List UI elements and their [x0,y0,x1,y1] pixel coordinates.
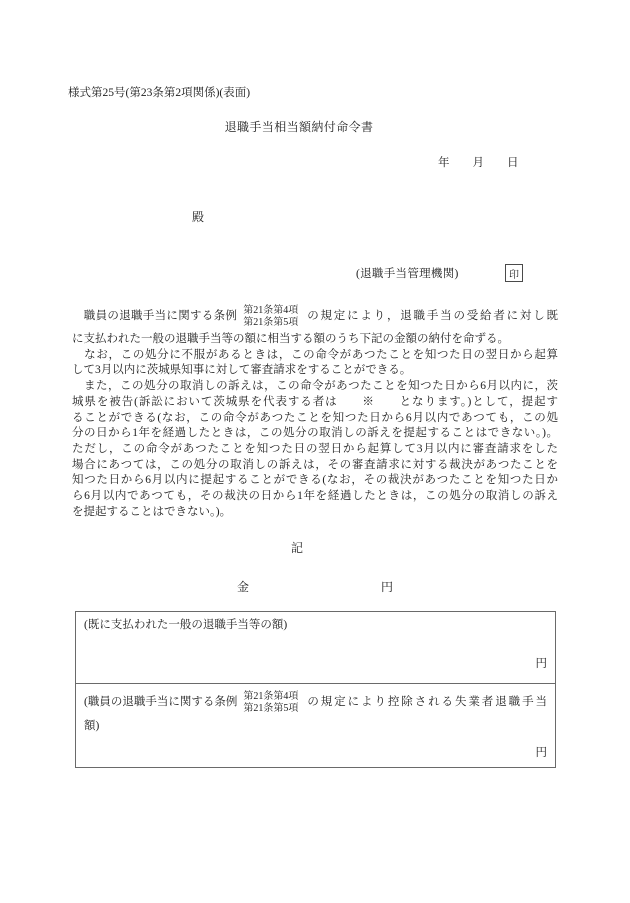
table-row-deducted-allowance: (職員の退職手当に関する条例 第21条第4項 第21条第5項 の規定により控除さ… [76,684,555,767]
body-line: 城県を被告(訴訟において茨城県を代表する者は ※ となります。)として，提起す [72,395,558,411]
body-line: ら6月以内であつても，その裁決の日から1年を経過したときは，この処分の取消しの訴… [72,489,558,505]
body-line: なお，この処分に不服があるときは，この命令があつたことを知つた日の翌日から起算 [72,348,558,364]
amount-line: 金 円 [72,578,558,594]
body-line: 場合にあつては，この処分の取消しの訴えは，その審査請求に対する裁決があつたことを [72,458,558,474]
deduction-label-pre: (職員の退職手当に関する条例 [84,695,237,711]
clause-stack: 第21条第4項 第21条第5項 [243,305,298,330]
clause-stack-bottom: 第21条第5項 [243,317,298,330]
date-line: 年 月 日 [438,154,519,170]
page-title: 退職手当相当額納付命令書 [0,118,598,135]
form-number: 様式第25号(第23条第2項関係)(表面) [68,84,250,100]
body-line-clause: 職員の退職手当に関する条例 第21条第4項 第21条第5項 の規定により，退職手… [72,302,558,332]
amount-table: (既に支払われた一般の退職手当等の額) 円 (職員の退職手当に関する条例 第21… [75,611,556,768]
record-heading: 記 [0,539,594,556]
body-line: 分の日から1年を経過したときは，この処分の取消しの訴えを提起することはできない。… [72,426,558,442]
clause-stack-bottom: 第21条第5項 [243,703,298,716]
body-text: 職員の退職手当に関する条例 第21条第4項 第21条第5項 の規定により，退職手… [72,302,558,520]
seal-label: 印 [509,266,519,281]
clause-sentence-post: の規定により，退職手当の受給者に対し既 [307,309,558,325]
amount-unit: 円 [381,578,393,595]
issuer-line: (退職手当管理機関) [356,265,459,281]
body-line: ることができる(なお，この命令があつたことを知つた日から6月以内であつても，この… [72,411,558,427]
body-line: して3月以内に茨城県知事に対して審査請求をすることができる。 [72,363,558,379]
clause-sentence-pre: 職員の退職手当に関する条例 [72,309,237,325]
body-line: ただし，この命令があつたことを知つた日の翌日から起算して3月以内に審査請求をした [72,442,558,458]
deduction-label-post: の規定により控除される失業者退職手当 [307,695,547,711]
table-row-unit: 円 [536,657,548,673]
table-row-label-line1: (職員の退職手当に関する条例 第21条第4項 第21条第5項 の規定により控除さ… [84,690,547,716]
table-row-label-line2: 額) [84,719,547,735]
table-row-paid-allowance: (既に支払われた一般の退職手当等の額) 円 [76,612,555,684]
body-line: に支払われた一般の退職手当等の額に相当する額のうち下記の金額の納付を命ずる。 [72,332,558,348]
body-line: 知つた日から6月以内に提起することができる(なお，その裁決があつたことを知つた日… [72,473,558,489]
table-row-label: (既に支払われた一般の退職手当等の額) [84,618,547,634]
amount-prefix: 金 [237,578,249,595]
body-line: また，この処分の取消しの訴えは，この命令があつたことを知つた日から6月以内に，茨 [72,379,558,395]
clause-stack-top: 第21条第4項 [243,305,298,318]
addressee-honorific: 殿 [192,208,204,225]
body-line: を提起することはできない。)。 [72,505,558,521]
table-row-unit: 円 [536,746,548,762]
clause-stack-top: 第21条第4項 [243,691,298,704]
clause-stack: 第21条第4項 第21条第5項 [243,691,298,716]
seal-box: 印 [505,264,523,282]
document-page: 様式第25号(第23条第2項関係)(表面) 退職手当相当額納付命令書 年 月 日… [0,0,630,903]
